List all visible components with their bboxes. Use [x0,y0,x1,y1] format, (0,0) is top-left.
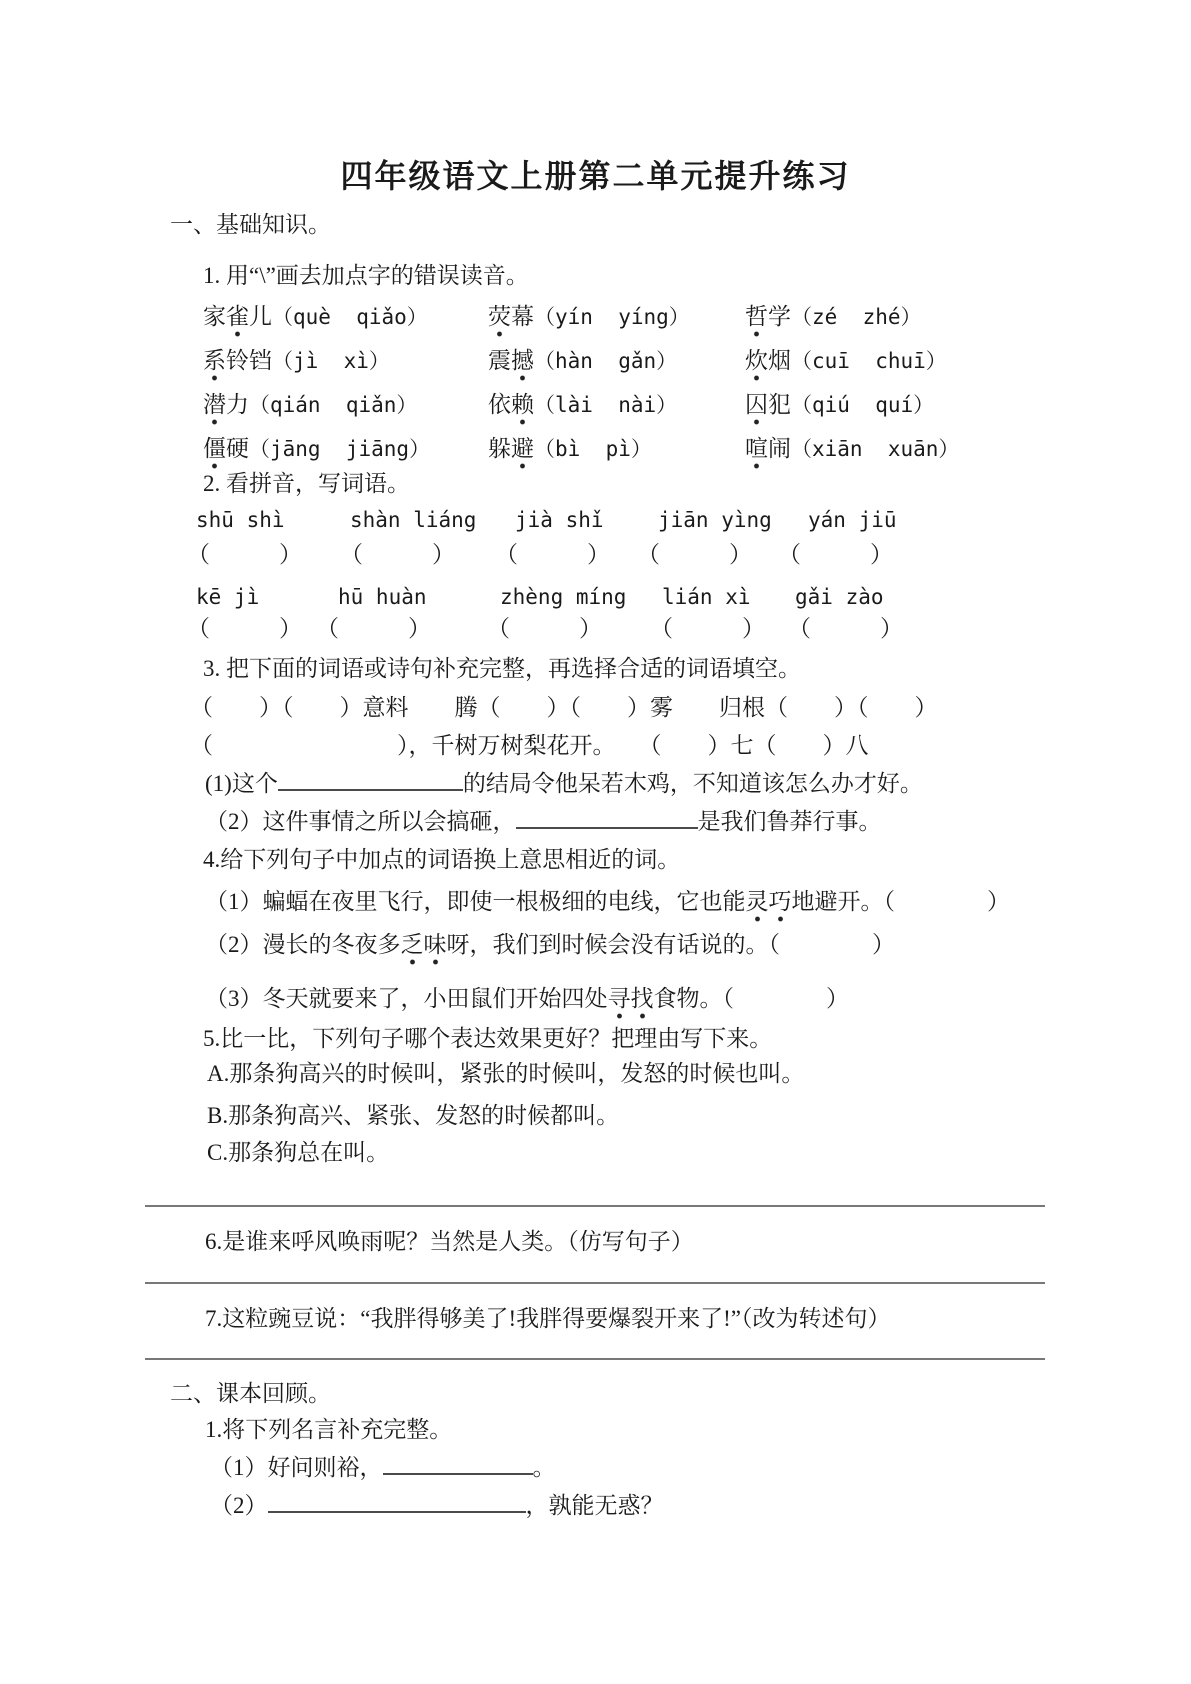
dotted-char: 喧 [745,436,768,470]
word-item: 家雀儿（què qiǎo） [203,301,488,333]
answer-parens: （ ） [788,613,903,645]
sentence-pre: （3）冬天就要来了，小田鼠们开始四处 [205,986,608,1011]
sentence-pre: （2） [210,1493,268,1518]
q3-fill-1: (1)这个的结局令他呆若木鸡，不知道该怎么办才好。 [205,768,923,800]
pinyin: jiān yìng [658,504,772,536]
word-item: 哲学（zé zhé） [745,301,922,333]
answer-line [145,1205,1045,1207]
q5-option-c: C.那条狗总在叫。 [207,1137,389,1169]
sentence-post: ，孰能无惑？ [526,1493,664,1518]
answer-blank [383,1453,533,1475]
s2-fill-1: （1）好问则裕，。 [210,1452,556,1484]
q3-fill-2: （2）这件事情之所以会搞砸，是我们鲁莽行事。 [205,806,882,838]
word-item: 喧闹（xiān xuān） [745,433,959,465]
word-item: 震撼（hàn gǎn） [488,345,745,377]
word-pre: 躲 [488,436,511,461]
q1-prompt: 1. 用“\”画去加点字的错误读音。 [203,260,529,292]
word-post: 幕 [511,304,534,329]
worksheet-page: 四年级语文上册第二单元提升练习 一、基础知识。 1. 用“\”画去加点字的错误读… [0,0,1191,1684]
word-row-2: 系铃铛（jì xì） 震撼（hàn gǎn） 炊烟（cuī chuī） [203,345,947,377]
q4-item-3: （3）冬天就要来了，小田鼠们开始四处寻找食物。（ ） [205,983,849,1015]
dotted-word: 寻找 [608,986,654,1020]
q7-prompt: 7.这粒豌豆说：“我胖得够美了!我胖得要爆裂开来了!”（改为转述句） [205,1303,891,1335]
pinyin: （hàn gǎn） [534,349,677,373]
pinyin-row-1: shū shì shàn liáng jià shǐ jiān yìng yán… [0,504,1191,536]
pinyin: yán jiū [808,504,897,536]
section1-heading: 一、基础知识。 [170,209,331,241]
word-post: 儿 [249,304,272,329]
q6-prompt: 6.是谁来呼风唤雨呢？当然是人类。（仿写句子） [205,1226,694,1258]
answer-parens: （ ） [487,613,602,645]
sentence-post: 的结局令他呆若木鸡，不知道该怎么办才好。 [463,771,923,796]
word-item: 躲避（bì pì） [488,433,745,465]
dotted-char: 炊 [745,348,768,382]
pinyin: （xiān xuān） [791,437,959,461]
pinyin: （bì pì） [534,437,652,461]
sentence-pre: （2）漫长的冬夜多 [205,932,401,957]
pinyin: （yín yíng） [534,305,690,329]
answer-line [145,1358,1045,1360]
pinyin: gǎi zào [795,581,884,613]
word-item: 依赖（lài nài） [488,389,745,421]
sentence-post: 。 [533,1455,556,1480]
word-row-4: 僵硬（jāng jiāng） 躲避（bì pì） 喧闹（xiān xuān） [203,433,959,465]
answer-parens: （ ） [316,613,431,645]
answer-blank [516,807,698,829]
word-pre: 震 [488,348,511,373]
q3-idioms-line: （ ）（ ）意料 腾（ ）（ ）雾 归根（ ）（ ） [190,692,938,724]
answer-parens: （ ） [650,613,765,645]
q5-option-b: B.那条狗高兴、紧张、发怒的时候都叫。 [207,1100,619,1132]
pinyin: （cuī chuī） [791,349,947,373]
dotted-char: 撼 [511,348,534,382]
word-item: 囚犯（qiú quí） [745,389,934,421]
sentence-post: 地避开。（ ） [792,889,1011,914]
sentence-pre: （2）这件事情之所以会搞砸， [205,809,516,834]
dotted-char: 哲 [745,304,768,338]
word-post: 硬 [226,436,249,461]
q5-prompt: 5.比一比，下列句子哪个表达效果更好？把理由写下来。 [203,1023,772,1055]
word-row-1: 家雀儿（què qiǎo） 荧幕（yín yíng） 哲学（zé zhé） [203,301,922,333]
s2-q1-prompt: 1.将下列名言补充完整。 [205,1414,452,1446]
dotted-char: 赖 [511,392,534,426]
q4-item-2: （2）漫长的冬夜多乏味呀，我们到时候会没有话说的。（ ） [205,929,895,961]
dotted-char: 囚 [745,392,768,426]
pinyin: （jì xì） [272,349,390,373]
page-title: 四年级语文上册第二单元提升练习 [0,156,1191,196]
sentence-post: 食物。（ ） [654,986,850,1011]
pinyin: zhèng míng [500,581,626,613]
sentence-pre: （1）蝙蝠在夜里飞行，即使一根极细的电线，它也能 [205,889,746,914]
word-row-3: 潜力（qián qiǎn） 依赖（lài nài） 囚犯（qiú quí） [203,389,934,421]
pinyin-row-2: kē jì hū huàn zhèng míng lián xì gǎi zào [0,581,1191,613]
dotted-char: 系 [203,348,226,382]
pinyin: lián xì [662,581,751,613]
section2-heading: 二、课本回顾。 [170,1378,331,1410]
word-pre: 依 [488,392,511,417]
pinyin: （qián qiǎn） [249,393,417,417]
answer-parens: （ ） [778,539,893,571]
answer-parens: （ ） [637,539,752,571]
dotted-word: 乏味 [401,932,447,966]
dotted-char: 潜 [203,392,226,426]
word-post: 烟 [768,348,791,373]
q2-prompt: 2. 看拼音，写词语。 [203,468,410,500]
q4-prompt: 4.给下列句子中加点的词语换上意思相近的词。 [203,844,680,876]
q5-option-a: A.那条狗高兴的时候叫，紧张的时候叫，发怒的时候也叫。 [207,1058,804,1090]
pinyin: （lài nài） [534,393,677,417]
word-item: 僵硬（jāng jiāng） [203,433,488,465]
pinyin: jià shǐ [515,504,604,536]
sentence-post: 呀，我们到时候会没有话说的。（ ） [447,932,896,957]
word-post: 力 [226,392,249,417]
answer-line [145,1282,1045,1284]
word-item: 潜力（qián qiǎn） [203,389,488,421]
pinyin: shū shì [196,504,285,536]
s2-fill-2: （2），孰能无惑？ [210,1490,664,1522]
q3-poem-line: （ ），千树万树梨花开。 （ ）七（ ）八 [190,730,869,762]
dotted-char: 雀 [226,304,249,338]
pinyin: （què qiǎo） [272,305,428,329]
word-post: 犯 [768,392,791,417]
word-post: 铃铛 [226,348,272,373]
q4-item-1: （1）蝙蝠在夜里飞行，即使一根极细的电线，它也能灵巧地避开。（ ） [205,886,1010,918]
word-item: 系铃铛（jì xì） [203,345,488,377]
answer-parens: （ ） [495,539,610,571]
word-post: 学 [768,304,791,329]
answer-parens: （ ） [340,539,455,571]
answer-blank [278,769,463,791]
dotted-char: 荧 [488,304,511,338]
pinyin: hū huàn [338,581,427,613]
pinyin: （jāng jiāng） [249,437,430,461]
word-post: 闹 [768,436,791,461]
pinyin: （zé zhé） [791,305,922,329]
pinyin: shàn liáng [350,504,476,536]
dotted-word: 灵巧 [746,889,792,923]
dotted-char: 僵 [203,436,226,470]
paren-row-1: （ ） （ ） （ ） （ ） （ ） [0,539,1191,571]
paren-row-2: （ ） （ ） （ ） （ ） （ ） [0,613,1191,645]
pinyin: （qiú quí） [791,393,934,417]
word-item: 荧幕（yín yíng） [488,301,745,333]
answer-blank [268,1491,526,1513]
word-pre: 家 [203,304,226,329]
word-item: 炊烟（cuī chuī） [745,345,947,377]
pinyin: kē jì [196,581,259,613]
sentence-pre: (1)这个 [205,771,278,796]
sentence-pre: （1）好问则裕， [210,1455,383,1480]
sentence-post: 是我们鲁莽行事。 [698,809,882,834]
answer-parens: （ ） [187,613,302,645]
dotted-char: 避 [511,436,534,470]
answer-parens: （ ） [187,539,302,571]
q3-prompt: 3. 把下面的词语或诗句补充完整，再选择合适的词语填空。 [203,653,801,685]
